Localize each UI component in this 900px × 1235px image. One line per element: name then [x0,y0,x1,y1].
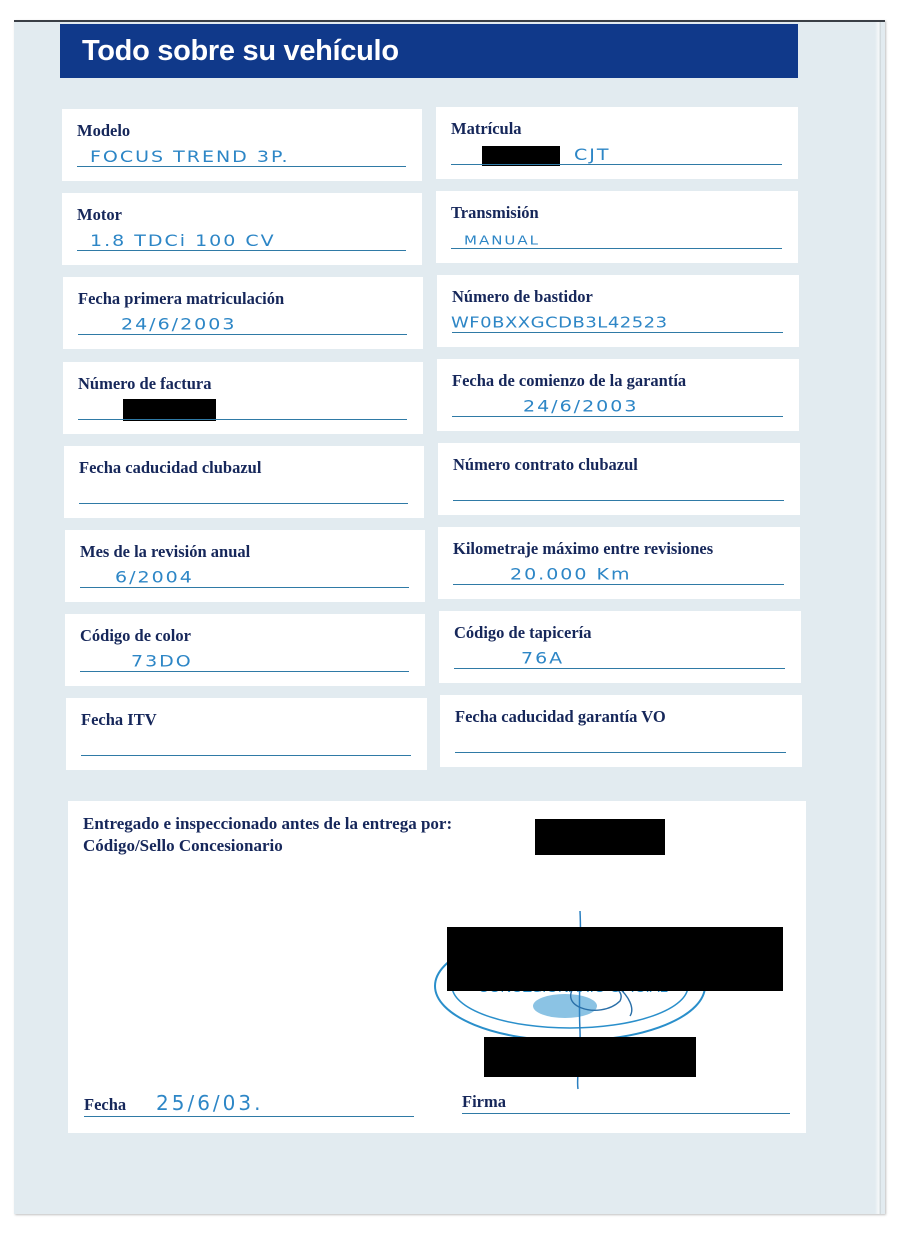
firma-label: Firma [462,1092,506,1112]
field-label: Mes de la revisión anual [80,542,250,562]
field-underline [452,416,783,417]
field-label: Fecha caducidad clubazul [79,458,261,478]
redaction-box [447,927,783,991]
field-underline [80,671,409,672]
field-value: 6/2004 [115,568,194,587]
delivery-line-1: Entregado e inspeccionado antes de la en… [83,813,452,835]
delivery-section: Entregado e inspeccionado antes de la en… [68,801,806,1133]
field-value: WF0BXXGCDB3L42523 [451,314,668,332]
field-numero-factura: Número de factura [63,362,423,434]
field-label: Fecha caducidad garantía VO [455,707,666,727]
field-label: Fecha primera matriculación [78,289,284,309]
field-matricula: Matrícula CJT [436,107,798,179]
field-transmision: Transmisión MANUAL [436,191,798,263]
field-underline [80,587,409,588]
field-fecha-caducidad-garantia-vo: Fecha caducidad garantía VO [440,695,802,767]
field-underline [453,500,784,501]
field-label: Matrícula [451,119,522,139]
field-codigo-tapiceria: Código de tapicería 76A [439,611,801,683]
redaction-box [484,1037,696,1077]
page-title: Todo sobre su vehículo [82,35,399,68]
field-label: Modelo [77,121,130,141]
field-value: FOCUS TREND 3P. [90,147,289,166]
field-value: 24/6/2003 [121,315,236,334]
field-underline [451,164,782,165]
delivery-label: Entregado e inspeccionado antes de la en… [83,813,452,857]
field-kilometraje-maximo: Kilometraje máximo entre revisiones 20.0… [438,527,800,599]
field-label: Número de bastidor [452,287,593,307]
field-label: Motor [77,205,122,225]
field-value: 20.000 Km [510,565,632,584]
firma-field: Firma [462,1088,790,1114]
field-fecha-primera-matriculacion: Fecha primera matriculación 24/6/2003 [63,277,423,349]
field-underline [455,752,786,753]
field-motor: Motor 1.8 TDCi 100 CV [62,193,422,265]
fecha-field: Fecha 25/6/03. [84,1091,414,1117]
field-label: Transmisión [451,203,539,223]
redaction-box [482,146,560,166]
fecha-label: Fecha [84,1095,126,1115]
field-label: Fecha ITV [81,710,157,730]
field-underline [454,668,785,669]
field-value: CJT [574,145,610,164]
field-underline [453,584,784,585]
field-label: Número contrato clubazul [453,455,638,475]
field-value: MANUAL [464,233,540,248]
field-underline [78,419,407,420]
field-mes-revision-anual: Mes de la revisión anual 6/2004 [65,530,425,602]
field-value: 73DO [131,652,193,671]
field-numero-contrato-clubazul: Número contrato clubazul [438,443,800,515]
field-codigo-color: Código de color 73DO [65,614,425,686]
field-label: Código de tapicería [454,623,592,643]
document-page: Todo sobre su vehículo Modelo FOCUS TREN… [14,20,885,1214]
field-value: 76A [521,649,564,668]
delivery-line-2: Código/Sello Concesionario [83,835,452,857]
fecha-underline [84,1116,414,1117]
field-modelo: Modelo FOCUS TREND 3P. [62,109,422,181]
field-label: Código de color [80,626,191,646]
field-label: Número de factura [78,374,212,394]
field-fecha-itv: Fecha ITV [66,698,427,770]
field-value: 1.8 TDCi 100 CV [90,231,276,250]
field-underline [77,250,406,251]
fecha-value: 25/6/03. [156,1091,263,1115]
field-underline [78,334,407,335]
redaction-box [123,399,216,421]
field-fecha-caducidad-clubazul: Fecha caducidad clubazul [64,446,424,518]
field-numero-bastidor: Número de bastidor WF0BXXGCDB3L42523 [437,275,799,347]
field-underline [77,166,406,167]
field-underline [81,755,411,756]
field-underline [79,503,408,504]
field-underline [451,248,782,249]
header-bar: Todo sobre su vehículo [60,24,798,78]
field-value: 24/6/2003 [523,397,638,416]
redaction-box [535,819,665,855]
field-fecha-comienzo-garantia: Fecha de comienzo de la garantía 24/6/20… [437,359,799,431]
field-underline [452,332,783,333]
firma-underline [462,1113,790,1114]
field-label: Fecha de comienzo de la garantía [452,371,686,391]
field-label: Kilometraje máximo entre revisiones [453,539,713,559]
